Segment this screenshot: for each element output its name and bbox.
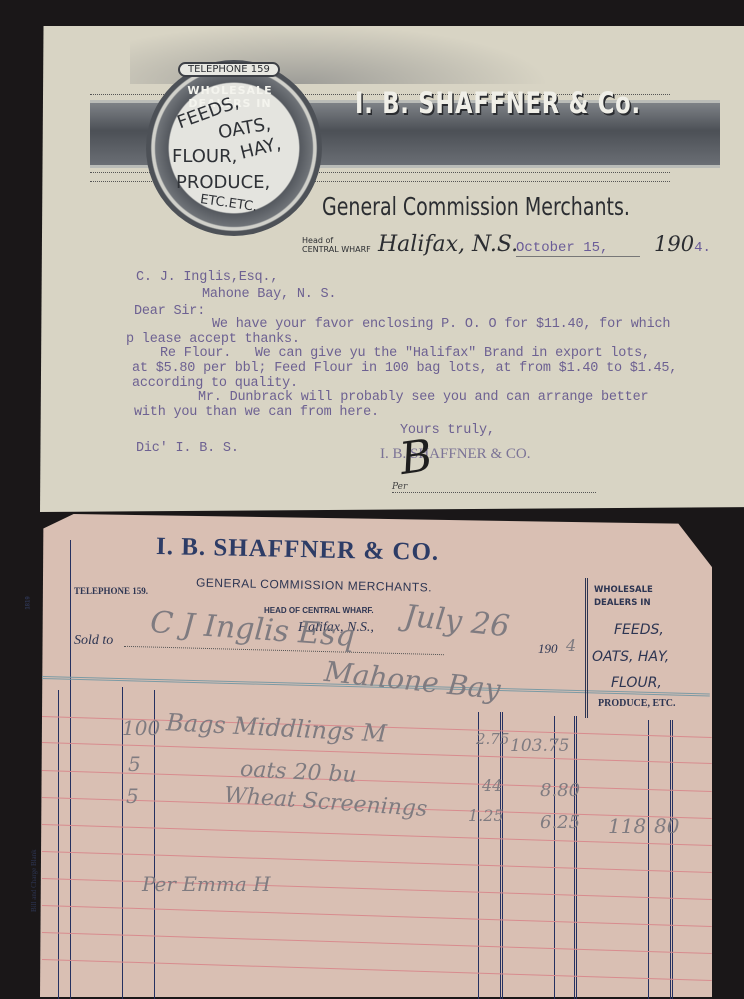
invoice-firm-name: I. B. SHAFFNER & CO. xyxy=(156,533,440,567)
item-3-qty: 5 xyxy=(126,784,139,808)
item-2-amount: 8.80 xyxy=(540,780,580,801)
letter-year-typed: 4. xyxy=(694,240,711,256)
item-3-amount: 6.25 xyxy=(540,812,580,833)
letterhead-firm-name: I. B. SHAFFNER & Co. xyxy=(355,86,641,120)
handwritten-signature: B xyxy=(397,430,436,485)
item-1-rate: 2.75 xyxy=(476,730,509,748)
letterhead-city: Halifax, N.S. xyxy=(378,232,518,257)
body-line-4: at $5.80 per bbl; Feed Flour in 100 bag … xyxy=(132,361,677,376)
form-number: 1819 xyxy=(26,596,32,609)
head-of-label: Head of xyxy=(302,236,371,245)
item-2-rate: 44 xyxy=(482,776,502,795)
letterhead-subtitle: General Commission Merchants. xyxy=(322,192,630,221)
salutation: Dear Sir: xyxy=(134,304,205,319)
sidebar-wholesale: WHOLESALE xyxy=(594,584,653,596)
sidebar-oats-hay: OATS, HAY, xyxy=(592,649,669,665)
item-1-amount: 103.75 xyxy=(510,736,569,756)
left-rule xyxy=(58,690,59,999)
central-wharf-label: CENTRAL WHARF xyxy=(302,245,371,254)
item-1-qty: 100 xyxy=(122,716,160,740)
letter-date: October 15, xyxy=(516,240,640,257)
item-2-qty: 5 xyxy=(128,752,141,776)
sidebar-dealers: DEALERS IN xyxy=(594,597,651,609)
sidebar-flour: FLOUR, xyxy=(611,675,662,691)
total-cents: 80 xyxy=(654,814,679,838)
recipient-address: Mahone Bay, N. S. xyxy=(202,287,336,302)
handwritten-note: Per Emma H xyxy=(142,872,271,896)
body-line-7: with you than we can from here. xyxy=(134,405,379,420)
body-line-3: Re Flour. We can give yu the "Halifax" B… xyxy=(160,346,650,361)
seal-produce: PRODUCE, xyxy=(176,172,270,193)
seal-flour: FLOUR, xyxy=(172,146,237,167)
invoice-telephone: TELEPHONE 159. xyxy=(74,586,148,596)
sidebar-produce: PRODUCE, ETC. xyxy=(598,698,676,709)
letterhead-telephone: TELEPHONE 159 xyxy=(178,62,280,77)
letter-year-printed: 190 xyxy=(654,232,694,256)
handwritten-year: 4 xyxy=(566,636,576,655)
dictation-initials: Dic' I. B. S. xyxy=(136,441,239,456)
signature-per-line: Per xyxy=(392,482,596,493)
item-3-rate: 1.25 xyxy=(468,806,504,825)
body-line-2: p lease accept thanks. xyxy=(126,332,300,347)
body-line-6: Mr. Dunbrack will probably see you and c… xyxy=(198,390,648,405)
recipient-name: C. J. Inglis,Esq., xyxy=(136,270,278,285)
margin-rule xyxy=(70,540,71,999)
rate-col-rule-right xyxy=(500,712,503,999)
bill-charge-blank-label: Bill and Charge Blank xyxy=(30,849,38,912)
body-line-5: according to quality. xyxy=(132,376,298,391)
total-dollars: 118 xyxy=(608,814,646,838)
invoice-year-printed: 190 xyxy=(538,641,558,657)
body-line-1: We have your favor enclosing P. O. O for… xyxy=(212,317,670,332)
sold-to-label: Sold to xyxy=(74,633,113,649)
letter-year: 1904. xyxy=(654,232,711,256)
sidebar-feeds: FEEDS, xyxy=(614,622,664,638)
letterhead-head-of: Head of CENTRAL WHARF xyxy=(302,236,371,254)
